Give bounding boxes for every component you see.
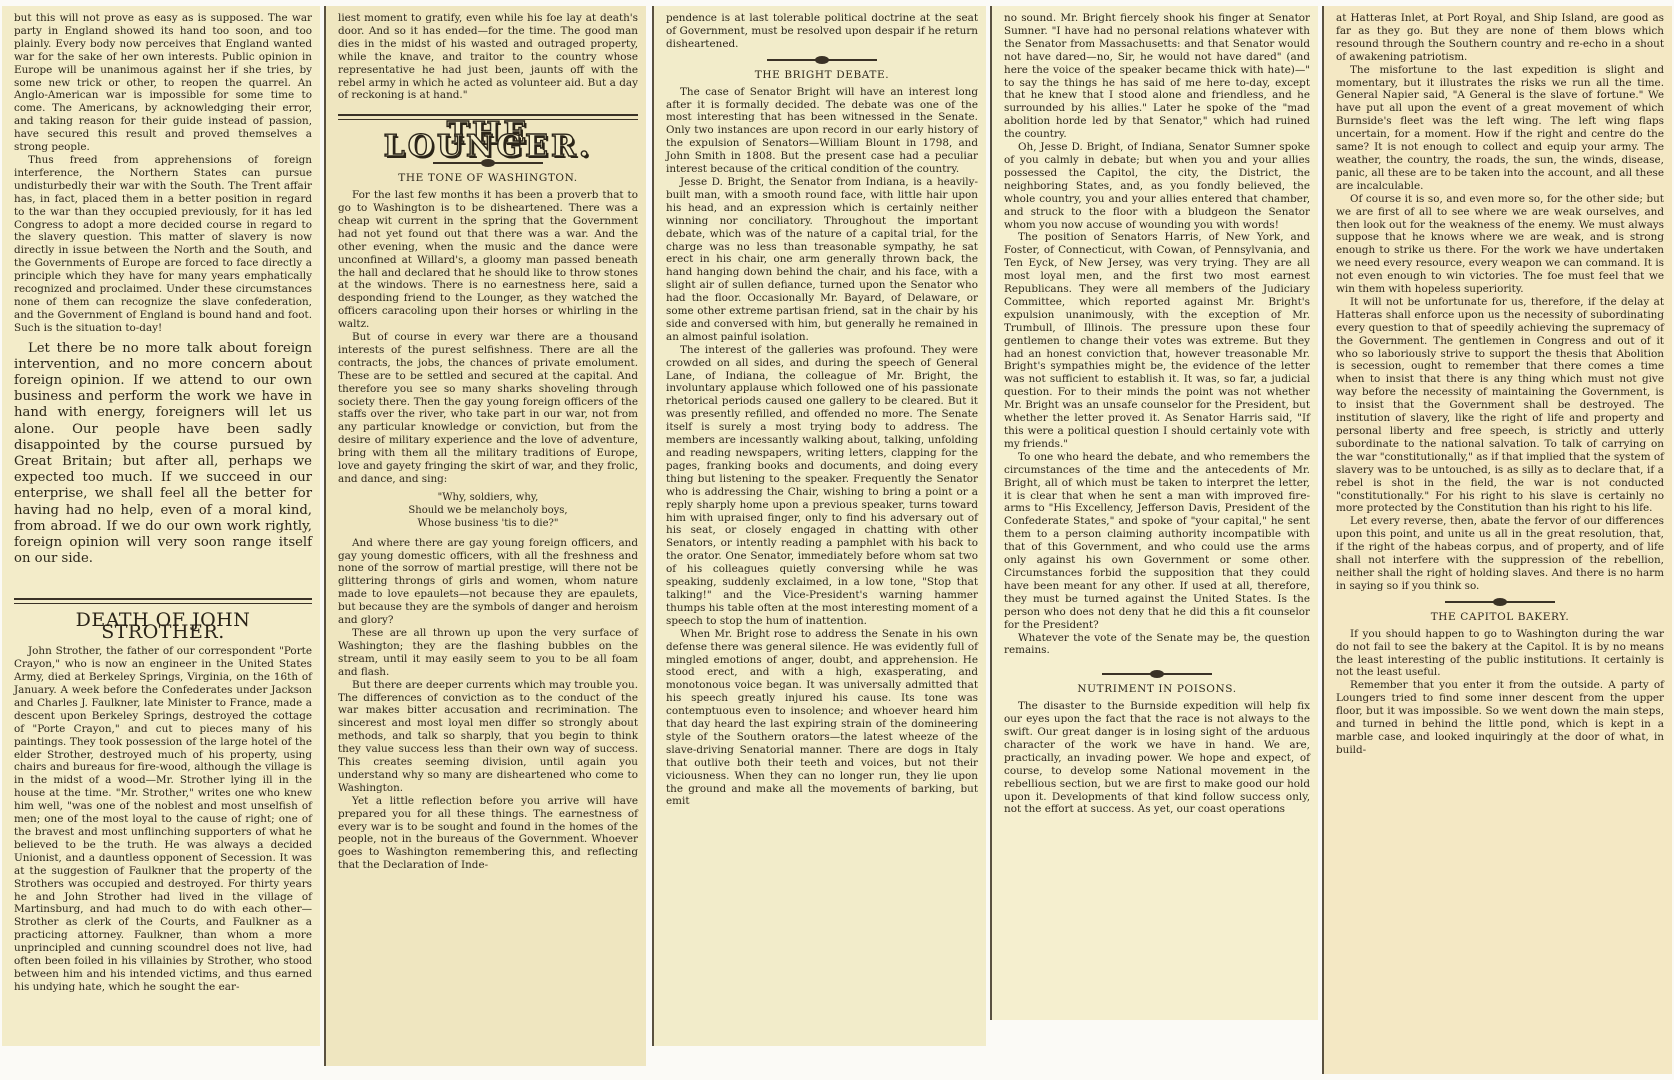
paragraph: no sound. Mr. Bright fiercely shook his … [1004, 12, 1310, 141]
column-2: liest moment to gratify, even while his … [324, 6, 646, 1066]
paragraph: Yet a little reflection before you arriv… [338, 795, 638, 872]
column-1: but this will not prove as easy as is su… [2, 6, 320, 1046]
paragraph: The disaster to the Burnside expedition … [1004, 700, 1310, 816]
ornament-divider [1102, 673, 1212, 675]
verse-line: Should we be melancholy boys, [338, 505, 638, 518]
paragraph: For the last few months it has been a pr… [338, 189, 638, 331]
masthead-the-lounger: THE LOUNGER. [338, 128, 638, 154]
paragraph: The misfortune to the last expedition is… [1336, 64, 1664, 193]
verse-line: Whose business 'tis to die?" [338, 518, 638, 531]
column-3: pendence is at last tolerable political … [652, 6, 986, 1046]
paragraph: Let every reverse, then, abate the fervo… [1336, 515, 1664, 592]
section-divider [14, 598, 312, 604]
column-5: at Hatteras Inlet, at Port Royal, and Sh… [1322, 6, 1672, 1074]
paragraph: pendence is at last tolerable political … [666, 12, 978, 51]
headline-nutriment-in-poisons: NUTRIMENT IN POISONS. [1004, 683, 1310, 696]
headline-the-capitol-bakery: THE CAPITOL BAKERY. [1336, 611, 1664, 624]
paragraph: at Hatteras Inlet, at Port Royal, and Sh… [1336, 12, 1664, 64]
paragraph: liest moment to gratify, even while his … [338, 12, 638, 102]
paragraph: And where there are gay young foreign of… [338, 537, 638, 627]
paragraph: The position of Senators Harris, of New … [1004, 231, 1310, 450]
subhead-tone-of-washington: THE TONE OF WASHINGTON. [338, 172, 638, 185]
paragraph: John Strother, the father of our corresp… [14, 645, 312, 993]
paragraph: If you should happen to go to Washington… [1336, 628, 1664, 680]
paragraph: It will not be unfortunate for us, there… [1336, 296, 1664, 515]
headline-death-of-john-strother: DEATH OF JOHN STROTHER. [14, 614, 312, 640]
verse-quote: "Why, soldiers, why, Should we be melanc… [338, 492, 638, 531]
ornament-divider [433, 162, 543, 164]
paragraph: When Mr. Bright rose to address the Sena… [666, 628, 978, 809]
paragraph: Oh, Jesse D. Bright, of Indiana, Senator… [1004, 141, 1310, 231]
column-4: no sound. Mr. Bright fiercely shook his … [990, 6, 1318, 1020]
paragraph: Of course it is so, and even more so, fo… [1336, 193, 1664, 296]
paragraph: To one who heard the debate, and who rem… [1004, 451, 1310, 632]
paragraph: Jesse D. Bright, the Senator from Indian… [666, 176, 978, 344]
editorial-paragraph: Let there be no more talk about foreign … [14, 341, 312, 568]
ornament-divider [1445, 601, 1555, 603]
paragraph: But there are deeper currents which may … [338, 679, 638, 795]
ornament-divider [767, 59, 877, 61]
paragraph: Thus freed from apprehensions of foreign… [14, 154, 312, 335]
paragraph: The case of Senator Bright will have an … [666, 86, 978, 176]
verse-line: "Why, soldiers, why, [338, 492, 638, 505]
paragraph: Remember that you enter it from the outs… [1336, 679, 1664, 756]
paragraph: But of course in every war there are a t… [338, 331, 638, 486]
paragraph: Whatever the vote of the Senate may be, … [1004, 632, 1310, 658]
paragraph: but this will not prove as easy as is su… [14, 12, 312, 154]
headline-the-bright-debate: THE BRIGHT DEBATE. [666, 69, 978, 82]
paragraph: These are all thrown up upon the very su… [338, 627, 638, 679]
paragraph: The interest of the galleries was profou… [666, 344, 978, 628]
newspaper-page: but this will not prove as easy as is su… [0, 0, 1674, 1080]
